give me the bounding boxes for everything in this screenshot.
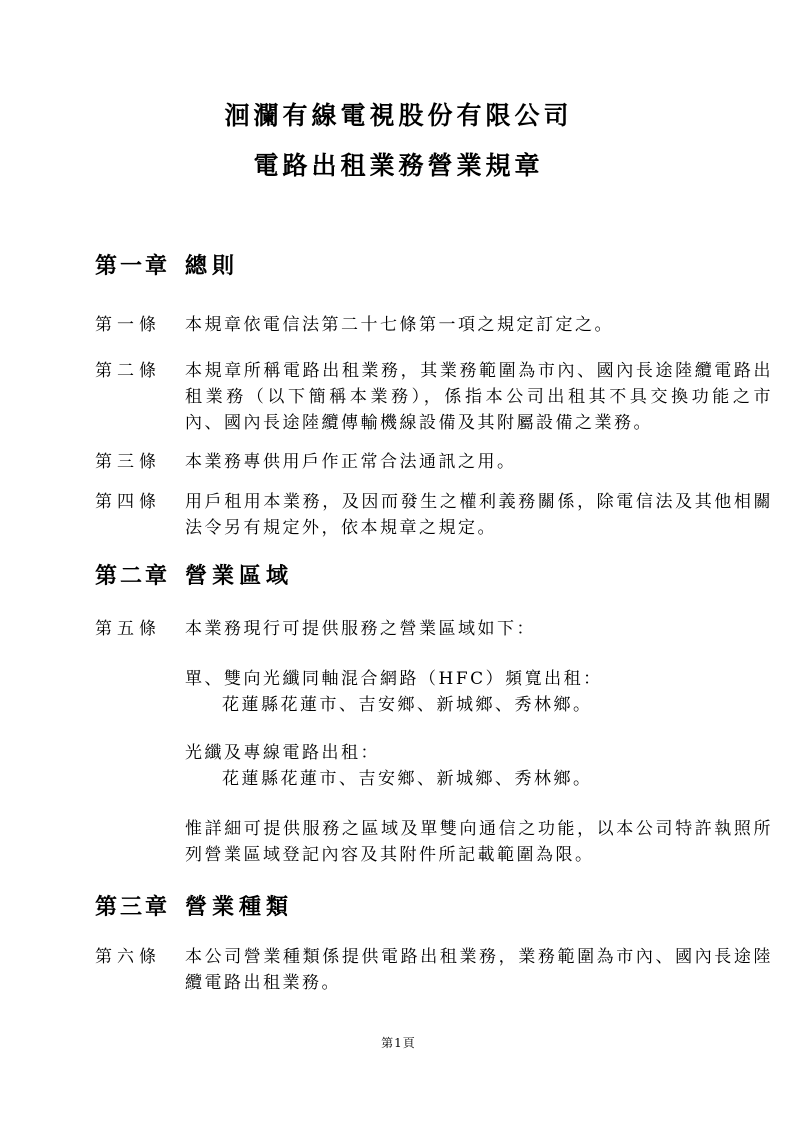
article-5-text: 本業務現行可提供服務之營業區域如下：: [185, 616, 773, 642]
page-number: 第1頁: [0, 1034, 797, 1052]
document-page: 洄瀾有線電視股份有限公司 電路出租業務營業規章 第一章 總則 第一條 本規章依電…: [0, 0, 797, 1125]
article-3-label: 第三條: [95, 449, 185, 475]
chapter-1-heading: 第一章 總則: [95, 251, 775, 281]
service-type-1-coverage: 花蓮縣花蓮市、吉安鄉、新城鄉、秀林鄉。: [222, 692, 773, 718]
article-1: 第一條 本規章依電信法第二十七條第一項之規定訂定之。: [95, 312, 773, 338]
article-1-text: 本規章依電信法第二十七條第一項之規定訂定之。: [185, 312, 773, 338]
chapter-2-heading: 第二章 營業區域: [95, 561, 775, 591]
article-6: 第六條 本公司營業種類係提供電路出租業務，業務範圍為市內、國內長途陸纜電路出租業…: [95, 944, 773, 996]
chapter-3-number: 第三章: [95, 892, 185, 922]
article-1-label: 第一條: [95, 312, 185, 338]
article-3-text: 本業務專供用戶作正常合法通訊之用。: [185, 449, 773, 475]
article-2-label: 第二條: [95, 358, 185, 436]
chapter-3-heading: 第三章 營業種類: [95, 892, 775, 922]
article-4-label: 第四條: [95, 489, 185, 541]
article-2-text: 本規章所稱電路出租業務，其業務範圍為市內、國內長途陸纜電路出租業務（以下簡稱本業…: [185, 358, 773, 436]
chapter-2-title: 營業區域: [185, 561, 293, 591]
article-5-label: 第五條: [95, 616, 185, 642]
article-6-text: 本公司營業種類係提供電路出租業務，業務範圍為市內、國內長途陸纜電路出租業務。: [185, 944, 773, 996]
article-6-label: 第六條: [95, 944, 185, 996]
article-4: 第四條 用戶租用本業務，及因而發生之權利義務關係，除電信法及其他相關法令另有規定…: [95, 489, 773, 541]
service-type-2-name: 光纖及專線電路出租：: [185, 740, 773, 766]
article-2: 第二條 本規章所稱電路出租業務，其業務範圍為市內、國內長途陸纜電路出租業務（以下…: [95, 358, 773, 436]
chapter-3-title: 營業種類: [185, 892, 293, 922]
service-type-2-coverage: 花蓮縣花蓮市、吉安鄉、新城鄉、秀林鄉。: [222, 766, 773, 792]
service-area-note: 惟詳細可提供服務之區域及單雙向通信之功能，以本公司特許執照所列營業區域登記內容及…: [185, 816, 773, 868]
article-3: 第三條 本業務專供用戶作正常合法通訊之用。: [95, 449, 773, 475]
document-title-line1: 洄瀾有線電視股份有限公司: [0, 100, 797, 132]
service-type-1-name: 單、雙向光纖同軸混合網路（HFC）頻寬出租：: [185, 666, 773, 692]
document-title-line2: 電路出租業務營業規章: [0, 150, 797, 182]
chapter-1-title: 總則: [185, 251, 239, 281]
article-4-text: 用戶租用本業務，及因而發生之權利義務關係，除電信法及其他相關法令另有規定外，依本…: [185, 489, 773, 541]
article-5: 第五條 本業務現行可提供服務之營業區域如下：: [95, 616, 773, 642]
chapter-1-number: 第一章: [95, 251, 185, 281]
chapter-2-number: 第二章: [95, 561, 185, 591]
